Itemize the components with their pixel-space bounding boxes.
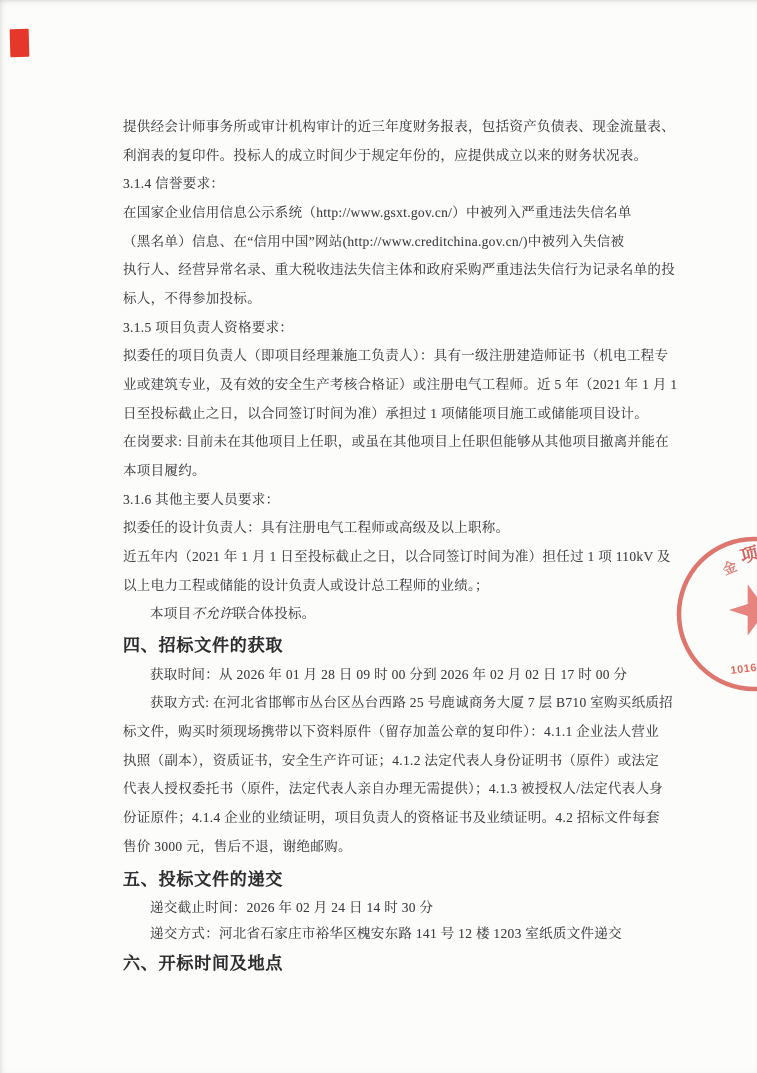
doc-line-obtain-method: 获取方式: 在河北省邯郸市丛台区丛台西路 25 号鹿诚商务大厦 7 层 B710…	[123, 689, 668, 718]
doc-line: 日至投标截止之日，以合同签订时间为准）承担过 1 项储能项目施工或储能项目设计。	[123, 400, 668, 429]
seal-star-icon	[723, 576, 757, 638]
doc-line-creditchina-url: （黑名单）信息、在“信用中国”网站(http://www.creditchina…	[123, 228, 668, 257]
doc-line: 在岗要求: 目前未在其他项目上任职，或虽在其他项目上任职但能够从其他项目撤离并能…	[123, 428, 668, 457]
red-corner-mark	[10, 29, 30, 57]
doc-line-no-consortium: 本项目不允许联合体投标。	[123, 600, 668, 629]
doc-line-submission-method: 递交方式：河北省石家庄市裕华区槐安东路 141 号 12 楼 1203 室纸质文…	[123, 921, 668, 947]
doc-line-gsxt-url: 在国家企业信用信息公示系统（http://www.gsxt.gov.cn/）中被…	[123, 199, 668, 228]
doc-line: 提供经会计师事务所或审计机构审计的近三年度财务报表，包括资产负债表、现金流量表、	[123, 113, 668, 142]
red-seal-stamp: 项 金 1016	[719, 528, 757, 703]
clause-3-1-6-title: 3.1.6 其他主要人员要求：	[123, 486, 668, 515]
seal-serial-number: 1016	[730, 662, 757, 677]
doc-line-price: 售价 3000 元，售后不退，谢绝邮购。	[123, 833, 668, 862]
clause-3-1-4-title: 3.1.4 信誉要求：	[123, 170, 668, 199]
doc-line: 拟委任的设计负责人：具有注册电气工程师或高级及以上职称。	[123, 514, 668, 543]
seal-char-primary: 项	[738, 542, 757, 567]
doc-line: 标人，不得参加投标。	[123, 285, 668, 314]
doc-line: 以上电力工程或储能的设计负责人或设计总工程师的业绩。；	[123, 572, 668, 601]
no-consortium-suffix: 联合体投标。	[233, 606, 316, 621]
doc-line-submission-deadline: 递交截止时间：2026 年 02 月 24 日 14 时 30 分	[123, 895, 668, 921]
doc-line: 执照（副本），资质证书，安全生产许可证；4.1.2 法定代表人身份证明书（原件）…	[123, 747, 668, 776]
doc-line: 份证原件；4.1.4 企业的业绩证明，项目负责人的资格证书及业绩证明。4.2 招…	[123, 804, 668, 833]
doc-line: 标文件，购买时须现场携带以下资料原件（留存加盖公章的复印件）：4.1.1 企业法…	[123, 718, 668, 747]
doc-line: 拟委任的项目负责人（即项目经理兼施工负责人）：具有一级注册建造师证书（机电工程专	[123, 342, 668, 371]
section-heading-obtain-documents: 四、招标文件的获取	[123, 631, 668, 661]
doc-line: 利润表的复印件。投标人的成立时间少于规定年份的，应提供成立以来的财务状况表。	[123, 142, 668, 171]
no-consortium-emphasis: 不允许	[191, 606, 232, 621]
doc-line: 业或建筑专业，及有效的安全生产考核合格证）或注册电气工程师。近 5 年（2021…	[123, 371, 668, 400]
no-consortium-prefix: 本项目	[150, 606, 191, 621]
clause-3-1-5-title: 3.1.5 项目负责人资格要求：	[123, 314, 668, 343]
document-body: 提供经会计师事务所或审计机构审计的近三年度财务报表，包括资产负债表、现金流量表、…	[123, 113, 668, 979]
doc-line: 执行人、经营异常名录、重大税收违法失信主体和政府采购严重违法失信行为记录名单的投	[123, 256, 668, 285]
doc-line: 近五年内（2021 年 1 月 1 日至投标截止之日，以合同签订时间为准）担任过…	[123, 543, 668, 572]
doc-line: 代表人授权委托书（原件，法定代表人亲自办理无需提供）；4.1.3 被授权人/法定…	[123, 775, 668, 804]
scanned-document-page: 提供经会计师事务所或审计机构审计的近三年度财务报表，包括资产负债表、现金流量表、…	[0, 0, 757, 1073]
seal-char-secondary: 金	[720, 558, 739, 579]
section-heading-bid-opening: 六、开标时间及地点	[123, 949, 668, 979]
section-heading-bid-submission: 五、投标文件的递交	[123, 865, 668, 895]
doc-line-obtain-time: 获取时间：从 2026 年 01 月 28 日 09 时 00 分到 2026 …	[123, 661, 668, 690]
doc-line: 本项目履约。	[123, 457, 668, 486]
